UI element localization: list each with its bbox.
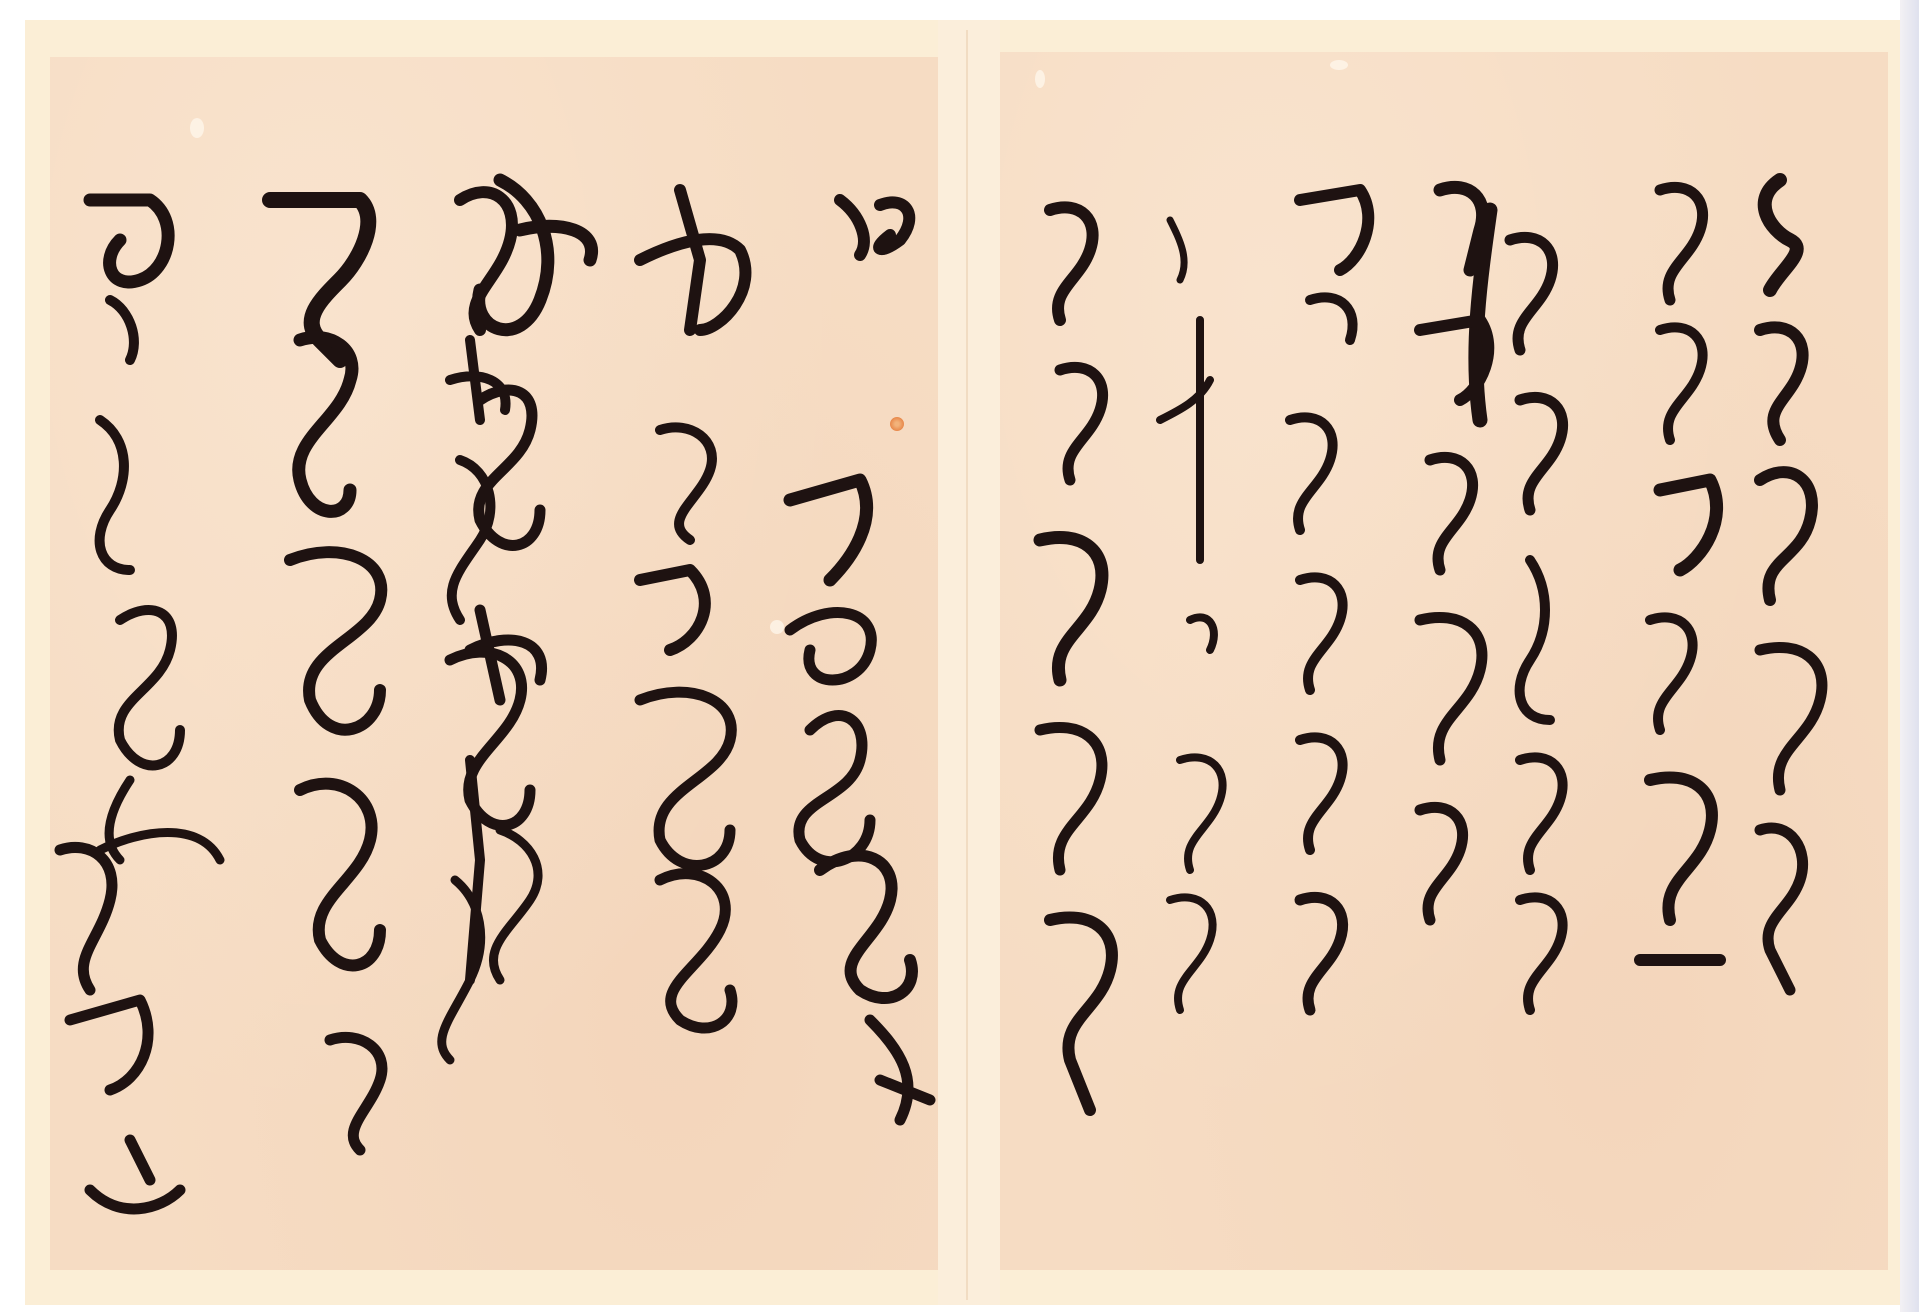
left-panel-strokes xyxy=(60,180,930,1209)
right-panel-strokes xyxy=(1040,180,1822,1110)
calligraphy-ink-strokes xyxy=(0,0,1919,1312)
